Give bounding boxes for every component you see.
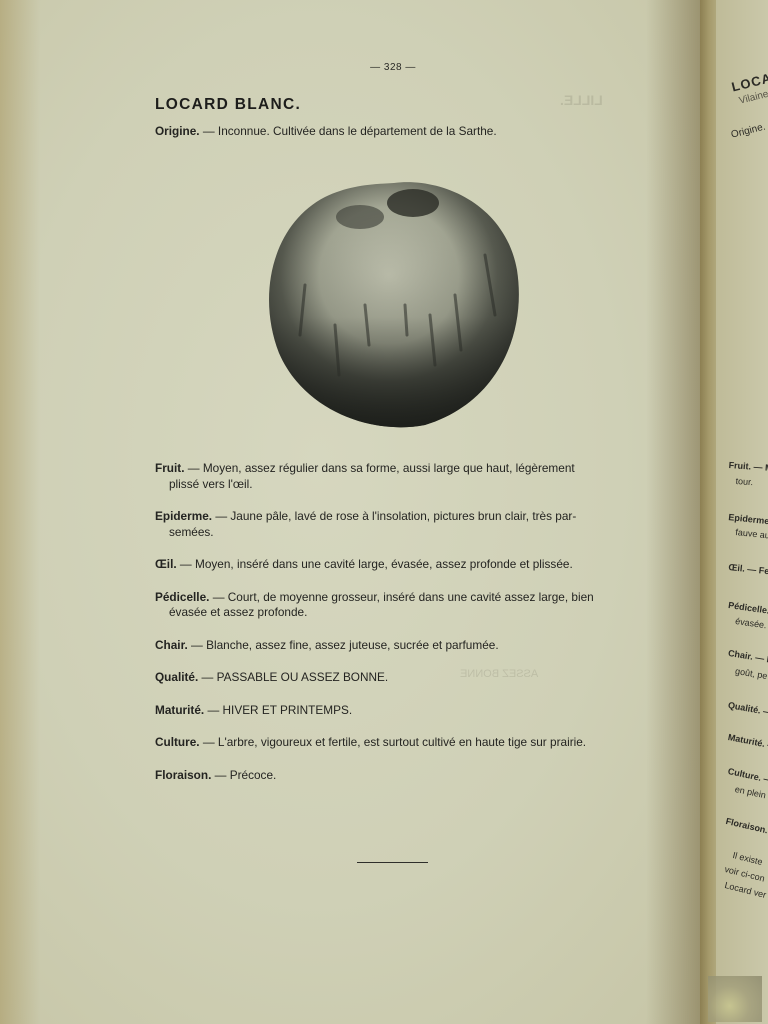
facing-entry: Culture. —: [727, 766, 768, 785]
entry-fruit: Fruit. — Moyen, assez régulier dans sa f…: [155, 461, 637, 492]
facing-origin: Origine. —: [730, 118, 768, 140]
facing-entry: Chair. — B: [727, 648, 768, 665]
entry-label: Qualité.: [155, 670, 198, 684]
entry-label: Fruit.: [155, 461, 185, 475]
entry-pedicelle: Pédicelle. — Court, de moyenne grosseur,…: [155, 590, 637, 621]
origin-text: — Inconnue. Cultivée dans le département…: [200, 124, 497, 138]
origin-line: Origine. — Inconnue. Cultivée dans le dé…: [155, 124, 497, 138]
entry-text: — Précoce.: [211, 768, 276, 782]
facing-entry-cont: en plein: [734, 784, 767, 800]
entry-text: — PASSABLE OU ASSEZ BONNE.: [198, 670, 388, 684]
facing-entry-cont: goût, pe: [734, 666, 768, 681]
facing-entry: Pédicelle.: [728, 600, 768, 616]
entry-text: — HIVER ET PRINTEMPS.: [204, 703, 352, 717]
facing-entry-cont: évasée.: [735, 616, 768, 630]
facing-entry: Œil. — Fe: [728, 562, 768, 576]
entry-label: Epiderme.: [155, 509, 212, 523]
entry-continuation: semées.: [155, 525, 637, 541]
entry-floraison: Floraison. — Précoce.: [155, 768, 637, 784]
facing-entry-cont: fauve au: [735, 527, 768, 541]
entry-text: — Moyen, assez régulier dans sa forme, a…: [185, 461, 575, 475]
origin-label: Origine.: [155, 124, 200, 138]
facing-entry: Maturité. —: [727, 732, 768, 751]
entry-text: — Court, de moyenne grosseur, inséré dan…: [209, 590, 593, 604]
entry-culture: Culture. — L'arbre, vigoureux et fertile…: [155, 735, 637, 751]
entry-label: Œil.: [155, 557, 177, 571]
entry-maturite: Maturité. — HIVER ET PRINTEMPS.: [155, 703, 637, 719]
entry-label: Maturité.: [155, 703, 204, 717]
show-through-text: LILLE.: [560, 92, 603, 108]
entry-text: — Blanche, assez fine, assez juteuse, su…: [188, 638, 499, 652]
facing-entry: Fruit. — M: [728, 460, 768, 473]
facing-entry: Epiderme.: [728, 512, 768, 526]
entry-label: Chair.: [155, 638, 188, 652]
entry-chair: Chair. — Blanche, assez fine, assez jute…: [155, 638, 637, 654]
facing-entry: Qualité. —: [727, 700, 768, 718]
entry-text: — L'arbre, vigoureux et fertile, est sur…: [200, 735, 587, 749]
apple-illustration: [265, 175, 523, 431]
description-list: Fruit. — Moyen, assez régulier dans sa f…: [155, 461, 637, 800]
entry-oeil: Œil. — Moyen, inséré dans une cavité lar…: [155, 557, 637, 573]
entry-label: Pédicelle.: [155, 590, 209, 604]
entry-label: Floraison.: [155, 768, 211, 782]
entry-label: Culture.: [155, 735, 200, 749]
facing-note: Il existe: [732, 850, 764, 867]
facing-entry-cont: tour.: [735, 476, 753, 487]
facing-page: LOCAR Vilaine. Origine. — Fruit. — M tou…: [716, 0, 768, 1024]
entry-text: — Moyen, inséré dans une cavité large, é…: [177, 557, 573, 571]
variety-title: LOCARD BLANC.: [155, 96, 301, 114]
entry-qualite: Qualité. — PASSABLE OU ASSEZ BONNE.: [155, 670, 637, 686]
entry-continuation: plissé vers l'œil.: [155, 477, 637, 493]
corner-thumbnail: [708, 976, 762, 1022]
facing-entry: Floraison. —: [725, 816, 768, 838]
end-of-entry-rule: [357, 862, 428, 863]
entry-epiderme: Epiderme. — Jaune pâle, lavé de rose à l…: [155, 509, 637, 540]
entry-continuation: évasée et assez profonde.: [155, 605, 637, 621]
page-number: — 328 —: [0, 62, 768, 73]
entry-text: — Jaune pâle, lavé de rose à l'insolatio…: [212, 509, 576, 523]
